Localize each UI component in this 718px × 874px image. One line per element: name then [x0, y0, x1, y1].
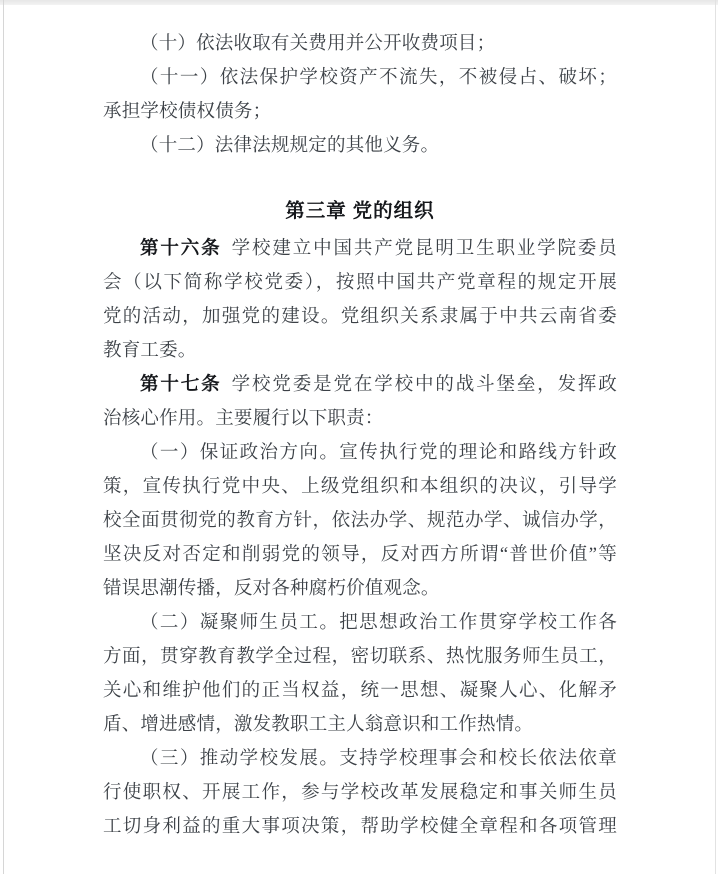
page-right-edge-line	[715, 0, 716, 874]
text-line: （十一）依法保护学校资产不流失，不被侵占、破坏；	[103, 61, 617, 95]
text-line: 坚决反对否定和削弱党的领导，反对西方所谓“普世价值”等	[103, 538, 617, 572]
text-line: 错误思潮传播，反对各种腐朽价值观念。	[103, 572, 617, 606]
text-line: （十二）法律法规规定的其他义务。	[103, 129, 617, 163]
text-line: 工切身利益的重大事项决策，帮助学校健全章程和各项管理	[103, 810, 617, 844]
text-line: （二）凝聚师生员工。把思想政治工作贯穿学校工作各	[103, 606, 617, 640]
viewer-top-strip	[0, 0, 718, 5]
text-line: （十）依法收取有关费用并公开收费项目；	[103, 27, 617, 61]
text-line: 校全面贯彻党的教育方针，依法办学、规范办学、诚信办学，	[103, 504, 617, 538]
text-line: 党的活动，加强党的建设。党组织关系隶属于中共云南省委	[103, 300, 617, 334]
text-line: （一）保证政治方向。宣传执行党的理论和路线方针政	[103, 436, 617, 470]
text-line: 第十七条学校党委是党在学校中的战斗堡垒，发挥政	[103, 368, 617, 402]
text-line: 第十六条学校建立中国共产党昆明卫生职业学院委员	[103, 232, 617, 266]
article-number: 第十六条	[140, 239, 221, 259]
text-line: 会（以下简称学校党委），按照中国共产党章程的规定开展	[103, 266, 617, 300]
page-left-edge-line	[3, 0, 4, 874]
text-line: 承担学校债权债务；	[103, 95, 617, 129]
document-page: { "page": { "background": "#ffffff", "to…	[0, 0, 718, 874]
document-text-column: （十）依法收取有关费用并公开收费项目； （十一）依法保护学校资产不流失，不被侵占…	[103, 27, 617, 844]
text-line: 方面，贯穿教育教学全过程，密切联系、热忱服务师生员工，	[103, 640, 617, 674]
article-number: 第十七条	[140, 375, 221, 395]
text-line: 行使职权、开展工作，参与学校改革发展稳定和事关师生员	[103, 776, 617, 810]
text-line-body: 学校建立中国共产党昆明卫生职业学院委员	[232, 239, 617, 259]
text-line: 关心和维护他们的正当权益，统一思想、凝聚人心、化解矛	[103, 674, 617, 708]
text-line: （三）推动学校发展。支持学校理事会和校长依法依章	[103, 742, 617, 776]
text-line: 盾、增进感情，激发教职工主人翁意识和工作热情。	[103, 708, 617, 742]
text-line: 教育工委。	[103, 334, 617, 368]
text-line: 策，宣传执行党中央、上级党组织和本组织的决议，引导学	[103, 470, 617, 504]
chapter-heading: 第三章 党的组织	[103, 194, 617, 230]
text-line: 治核心作用。主要履行以下职责：	[103, 402, 617, 436]
text-line-body: 学校党委是党在学校中的战斗堡垒，发挥政	[232, 375, 617, 395]
